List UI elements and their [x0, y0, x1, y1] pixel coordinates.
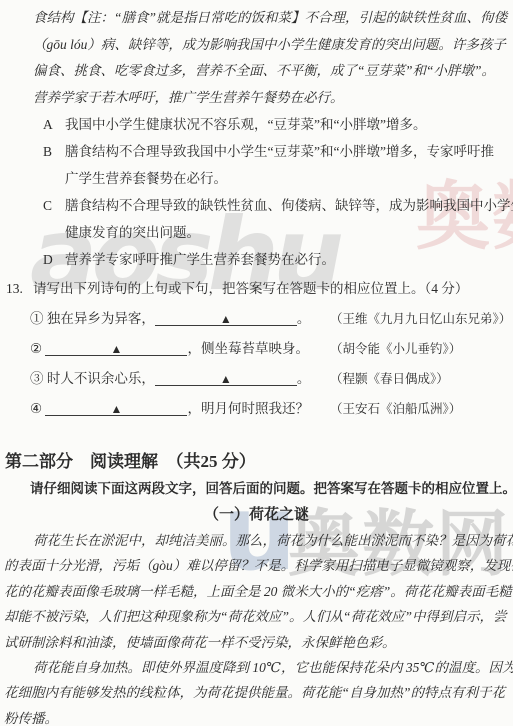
- page-content: 食结构【注：“膳食”就是指日常吃的饭和菜】不合理，引起的缺铁性贫血、佝偻 （gō…: [0, 0, 513, 726]
- option-b-continuation: 广学生营养套餐势在必行。: [43, 165, 509, 192]
- section2-title: 第二部分 阅读理解 （共25 分）: [5, 448, 513, 476]
- triangle-placeholder-icon: ▲: [111, 343, 123, 355]
- q13-prompt: 请写出下列诗句的上句或下句，把答案写在答题卡的相应位置上。（4 分）: [33, 275, 468, 303]
- text-line: 的表面十分光滑，污垢（gòu）难以停留？不是。科学家用扫描电子显微镜观察，发现荷: [4, 553, 510, 578]
- item-post-text: 。: [297, 311, 311, 326]
- section2-subtitle: （一）荷花之谜: [0, 502, 513, 528]
- option-c-continuation: 健康发育的突出问题。: [43, 219, 509, 246]
- poem-item-3: ③ 时人不识余心乐，▲。 （程颢《春日偶成》）: [30, 364, 513, 394]
- item-post-text: ，侧坐莓苔草映身。: [187, 341, 309, 356]
- option-b: B膳食结构不合理导致我国中小学生“豆芽菜”和“小胖墩”增多，专家呼吁推: [43, 138, 509, 165]
- item-number: ④: [30, 401, 42, 416]
- section2-instruction: 请仔细阅读下面这两段文字，回答后面的问题。把答案写在答题卡的相应位置上。: [30, 476, 509, 502]
- poem-source: （王安石《泊船瓜洲》）: [330, 394, 461, 424]
- option-d-label: D: [43, 246, 57, 273]
- option-a-label: A: [43, 111, 57, 138]
- answer-blank: ▲: [45, 398, 187, 416]
- item-post-text: ，明月何时照我还？: [187, 401, 309, 416]
- text-line: 偏食、挑食、吃零食过多，营养不全面、不平衡，成了“豆芽菜”和“小胖墩”。: [33, 58, 509, 85]
- item-post-text: 。: [297, 371, 311, 386]
- poem-item-4: ④ ▲，明月何时照我还？ （王安石《泊船瓜洲》）: [30, 394, 513, 424]
- q13-number: 13.: [6, 275, 33, 303]
- triangle-placeholder-icon: ▲: [220, 373, 232, 385]
- poem-source: （王维《九月九日忆山东兄弟》）: [330, 304, 511, 334]
- option-a: A我国中小学生健康状况不容乐观，“豆芽菜”和“小胖墩”增多。: [43, 111, 509, 138]
- poem-item-1: ① 独在异乡为异客，▲。 （王维《九月九日忆山东兄弟》）: [30, 304, 513, 334]
- option-b-text: 膳食结构不合理导致我国中小学生“豆芽菜”和“小胖墩”增多，专家呼吁推: [65, 144, 494, 159]
- triangle-placeholder-icon: ▲: [220, 313, 232, 325]
- answer-blank: ▲: [155, 308, 297, 326]
- text-line: 食结构【注：“膳食”就是指日常吃的饭和菜】不合理，引起的缺铁性贫血、佝偻: [33, 5, 509, 32]
- text-line: 荷花生长在淤泥中，却纯洁美丽。那么，荷花为什么能出淤泥而不染？是因为荷花: [4, 528, 510, 553]
- poem-item-2: ② ▲，侧坐莓苔草映身。 （胡令能《小儿垂钓》）: [30, 334, 513, 364]
- triangle-placeholder-icon: ▲: [111, 403, 123, 415]
- q13-items: ① 独在异乡为异客，▲。 （王维《九月九日忆山东兄弟》） ② ▲，侧坐莓苔草映身…: [30, 304, 513, 424]
- lotus-passage: 荷花生长在淤泥中，却纯洁美丽。那么，荷花为什么能出淤泥而不染？是因为荷花 的表面…: [4, 528, 510, 726]
- item-number: ③: [30, 371, 44, 386]
- answer-blank: ▲: [155, 368, 297, 386]
- item-pre-text: 时人不识余心乐，: [47, 371, 155, 386]
- option-d: D营养学专家呼吁推广学生营养套餐势在必行。: [43, 246, 509, 273]
- item-pre-text: 独在异乡为异客，: [47, 311, 155, 326]
- poem-source: （胡令能《小儿垂钓》）: [330, 334, 461, 364]
- q12-passage: 食结构【注：“膳食”就是指日常吃的饭和菜】不合理，引起的缺铁性贫血、佝偻 （gō…: [33, 5, 509, 111]
- text-line: 花的花瓣表面像毛玻璃一样毛糙，上面全是 20 微米大小的“疙瘩”。荷花花瓣表面毛…: [4, 579, 510, 604]
- option-c: C膳食结构不合理导致的缺铁性贫血、佝偻病、缺锌等，成为影响我国中小学生: [43, 192, 509, 219]
- q13-prompt-row: 13. 请写出下列诗句的上句或下句，把答案写在答题卡的相应位置上。（4 分）: [6, 275, 509, 303]
- text-line: 却能不被污染，人们把这种现象称为“荷花效应”。人们从“荷花效应”中得到启示，尝: [4, 604, 510, 629]
- option-b-label: B: [43, 138, 57, 165]
- q12-options: A我国中小学生健康状况不容乐观，“豆芽菜”和“小胖墩”增多。 B膳食结构不合理导…: [43, 111, 509, 273]
- answer-blank: ▲: [45, 338, 187, 356]
- text-line: 粉传播。: [4, 706, 510, 726]
- option-d-text: 营养学专家呼吁推广学生营养套餐势在必行。: [65, 252, 335, 267]
- option-a-text: 我国中小学生健康状况不容乐观，“豆芽菜”和“小胖墩”增多。: [65, 117, 426, 132]
- text-line: 荷花能自身加热。即使外界温度降到 10℃，它也能保持花朵内 35℃的温度。因为荷: [4, 655, 510, 680]
- text-line: 花细胞内有能够发热的线粒体，为荷花提供能量。荷花能“自身加热”的特点有利于花: [4, 680, 510, 705]
- text-line: 营养学家于若木呼吁，推广学生营养午餐势在必行。: [33, 85, 509, 112]
- text-line: 试研制涂料和油漆，使墙面像荷花一样不受污染，永保鲜艳色彩。: [4, 630, 510, 655]
- scanned-exam-page: aoshu 奥数网 u 奥数网 食结构【注：“膳食”就是指日常吃的饭和菜】不合理…: [0, 0, 513, 726]
- option-c-text: 膳食结构不合理导致的缺铁性贫血、佝偻病、缺锌等，成为影响我国中小学生: [65, 198, 513, 213]
- item-number: ②: [30, 341, 42, 356]
- item-number: ①: [30, 311, 44, 326]
- text-line: （gōu lóu）病、缺锌等，成为影响我国中小学生健康发育的突出问题。许多孩子: [33, 32, 509, 59]
- poem-source: （程颢《春日偶成》）: [330, 364, 449, 394]
- option-c-label: C: [43, 192, 57, 219]
